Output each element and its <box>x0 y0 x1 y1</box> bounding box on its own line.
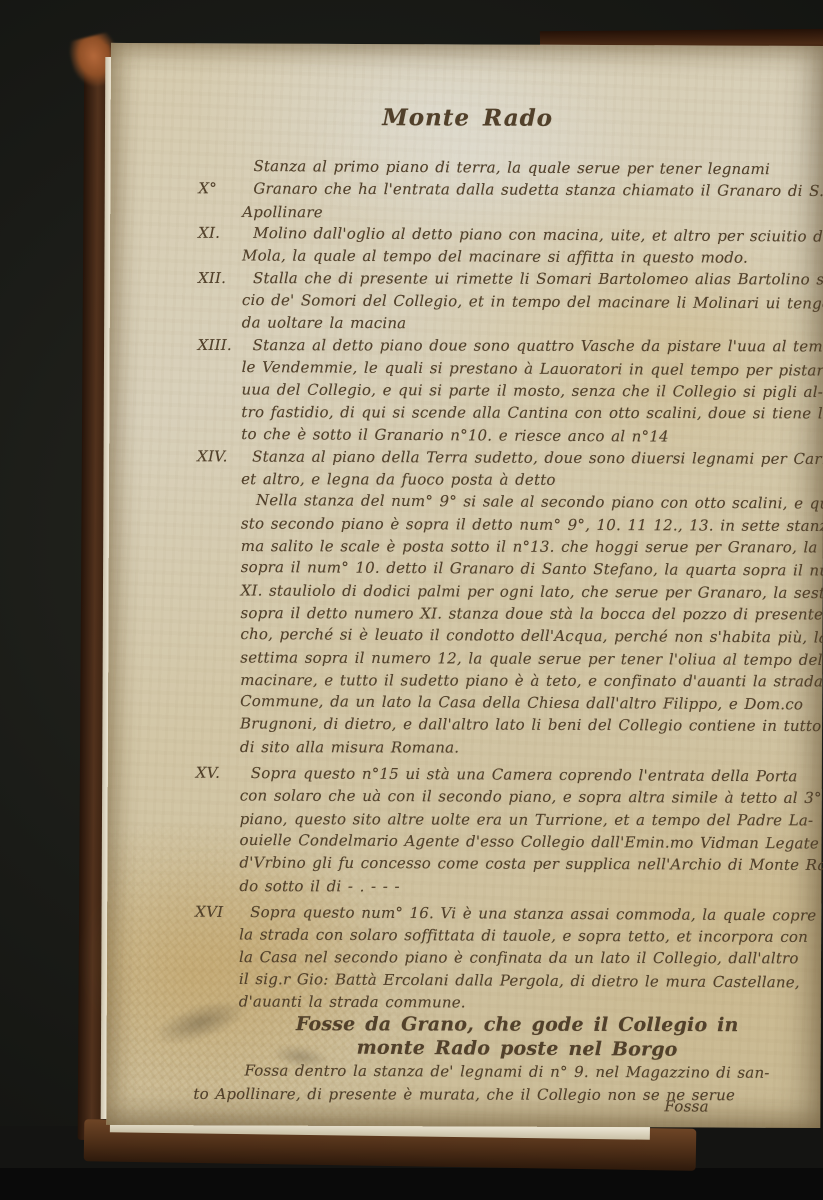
line-text: ouielle Condelmario Agente d'esso Colleg… <box>239 831 819 853</box>
line-text: tro fastidio, di qui si scende alla Cant… <box>241 403 823 422</box>
line-text: Sopra questo n°15 ui stà una Camera copr… <box>240 762 798 788</box>
section-numeral: XVI <box>195 900 223 922</box>
text-line: XI.Molino dall'oglio al detto piano con … <box>242 222 817 248</box>
text-line: Brugnoni, di dietro, e dall'altro lato l… <box>240 713 815 738</box>
line-text: Stanza al primo piano di terra, la quale… <box>242 155 770 181</box>
text-line: monte Rado poste nel Borgo <box>221 1036 814 1063</box>
text-line: XI. stauliolo di dodici palmi per ogni l… <box>241 579 816 604</box>
line-text: monte Rado poste nel Borgo <box>357 1036 678 1060</box>
line-text: Brugnoni, di dietro, e dall'altro lato l… <box>240 715 821 736</box>
line-text: con solaro che uà con il secondo piano, … <box>240 787 822 808</box>
text-line: settima sopra il numero 12, la quale ser… <box>240 646 815 671</box>
text-line: sto secondo piano è sopra il detto num° … <box>241 512 816 537</box>
text-line: XIII.Stanza al detto piano doue sono qua… <box>242 334 817 358</box>
text-line: Fossa dentro la stanza de' legnami di n°… <box>232 1060 813 1085</box>
text-line: Nella stanza del num° 9° si sale al seco… <box>241 489 816 515</box>
line-text: da uoltare la macina <box>242 314 407 333</box>
text-line: X°Granaro che ha l'entrata dalla sudetta… <box>242 178 817 203</box>
text-line: cio de' Somori del Collegio, et in tempo… <box>242 289 817 315</box>
line-text: Stanza al piano della Terra sudetto, dou… <box>241 445 823 470</box>
text-line: da uoltare la macina <box>242 312 817 337</box>
text-line: sopra il detto numero XI. stanza doue st… <box>240 602 815 626</box>
line-text: Apollinare <box>242 203 323 221</box>
text-line: d'auanti la strada commune. <box>239 990 814 1015</box>
line-text: d'auanti la strada commune. <box>239 992 466 1011</box>
line-text: ma salito le scale è posta sotto il n°13… <box>241 537 823 556</box>
text-line: di sito alla misura Romana. <box>240 736 815 760</box>
line-text: Nella stanza del num° 9° si sale al seco… <box>241 489 823 515</box>
line-text: la strada con solaro soffittata di tauol… <box>239 926 808 946</box>
text-line: Stanza al primo piano di terra, la quale… <box>242 155 817 181</box>
line-text: sopra il detto numero XI. stanza doue st… <box>241 604 823 623</box>
text-line: do sotto il di - . - - - <box>239 875 814 899</box>
line-text: sto secondo piano è sopra il detto num° … <box>241 514 823 535</box>
line-text: Granaro che ha l'entrata dalla sudetta s… <box>242 178 823 203</box>
section-numeral: XIII. <box>198 334 232 356</box>
manuscript-page: Monte Rado Stanza al primo piano di terr… <box>106 43 823 1128</box>
text-line: to che è sotto il Granario n°10. e riesc… <box>241 423 816 449</box>
text-line: XVISopra questo num° 16. Vi è una stanza… <box>239 901 814 927</box>
line-text: cio de' Somori del Collegio, et in tempo… <box>242 291 823 313</box>
line-text: le Vendemmie, le quali si prestano à Lau… <box>242 358 823 380</box>
line-text: piano, questo sito altre uolte era un Tu… <box>240 810 814 829</box>
line-text: di sito alla misura Romana. <box>240 738 459 756</box>
line-text: Molino dall'oglio al detto piano con mac… <box>242 222 823 248</box>
text-line: il sig.r Gio: Battà Ercolani dalla Pergo… <box>239 968 814 994</box>
text-line: ma salito le scale è posta sotto il n°13… <box>241 535 816 559</box>
line-text: Commune, da un lato la Casa della Chiesa… <box>240 692 803 713</box>
catchword: Fossa <box>664 1097 709 1115</box>
text-line: Commune, da un lato la Casa della Chiesa… <box>240 690 815 716</box>
text-line: Fosse da Grano, che gode il Collegio in <box>221 1013 814 1038</box>
text-line: piano, questo sito altre uolte era un Tu… <box>240 808 815 832</box>
section-numeral: XV. <box>196 762 220 784</box>
text-line: XIV.Stanza al piano della Terra sudetto,… <box>241 445 816 470</box>
line-text: cho, perché si è leuato il condotto dell… <box>240 625 823 647</box>
section-numeral: XIV. <box>197 445 227 467</box>
line-text: sopra il num° 10. detto il Granaro di Sa… <box>241 558 823 580</box>
text-line: et altro, e legna da fuoco posta à detto <box>241 468 816 492</box>
text-line: sopra il num° 10. detto il Granaro di Sa… <box>241 556 816 582</box>
background-bottom-band <box>0 1168 823 1200</box>
text-line: XV.Sopra questo n°15 ui stà una Camera c… <box>240 762 815 788</box>
text-line: cho, perché si è leuato il condotto dell… <box>240 623 815 649</box>
text-line: macinare, e tutto il sudetto piano è à t… <box>240 669 815 693</box>
photo-background: Monte Rado Stanza al primo piano di terr… <box>0 0 823 1200</box>
text-line: XII.Stalla che di presente ui rimette li… <box>242 268 817 292</box>
line-text: Sopra questo num° 16. Vi è una stanza as… <box>239 901 816 927</box>
text-line: ouielle Condelmario Agente d'esso Colleg… <box>239 829 814 855</box>
line-text: il sig.r Gio: Battà Ercolani dalla Pergo… <box>239 970 800 991</box>
line-text: Fosse da Grano, che gode il Collegio in <box>296 1013 739 1036</box>
line-text: la Casa nel secondo piano è confinata da… <box>239 948 799 967</box>
text-line: con solaro che uà con il secondo piano, … <box>240 785 815 810</box>
line-text: Stalla che di presente ui rimette li Som… <box>242 268 823 292</box>
section-numeral: X° <box>198 178 217 200</box>
line-text: Fossa dentro la stanza de' legnami di n°… <box>232 1060 769 1085</box>
manuscript-text-block: Stanza al primo piano di terra, la quale… <box>238 155 817 1106</box>
line-text: to Apollinare, di presente è murata, che… <box>193 1084 735 1103</box>
line-text: settima sopra il numero 12, la quale ser… <box>240 648 822 669</box>
line-text: XI. stauliolo di dodici palmi per ogni l… <box>241 581 823 602</box>
line-text: d'Vrbino gli fu concesso come costa per … <box>239 854 823 875</box>
text-line: la strada con solaro soffittata di tauol… <box>239 924 814 949</box>
text-line: Mola, la quale al tempo del macinare si … <box>242 245 817 270</box>
line-text: et altro, e legna da fuoco posta à detto <box>241 470 556 489</box>
text-line: Apollinare <box>242 201 817 225</box>
line-text: to che è sotto il Granario n°10. e riesc… <box>241 425 669 446</box>
line-text: Mola, la quale al tempo del macinare si … <box>242 247 748 267</box>
text-line: le Vendemmie, le quali si prestano à Lau… <box>242 356 817 382</box>
text-line: tro fastidio, di qui si scende alla Cant… <box>241 401 816 425</box>
line-text: do sotto il di - . - - - <box>239 877 399 895</box>
line-text: Stanza al detto piano doue sono quattro … <box>242 334 823 358</box>
text-line: to Apollinare, di presente è murata, che… <box>193 1082 813 1106</box>
section-numeral: XII. <box>198 267 226 289</box>
section-numeral: XI. <box>198 222 220 244</box>
line-text: macinare, e tutto il sudetto piano è à t… <box>240 671 823 690</box>
page-title: Monte Rado <box>111 103 823 133</box>
text-line: la Casa nel secondo piano è confinata da… <box>239 946 814 970</box>
line-text: uua del Collegio, e qui si parte il most… <box>241 380 823 401</box>
text-line: uua del Collegio, e qui si parte il most… <box>241 378 816 403</box>
text-line: d'Vrbino gli fu concesso come costa per … <box>239 852 814 877</box>
